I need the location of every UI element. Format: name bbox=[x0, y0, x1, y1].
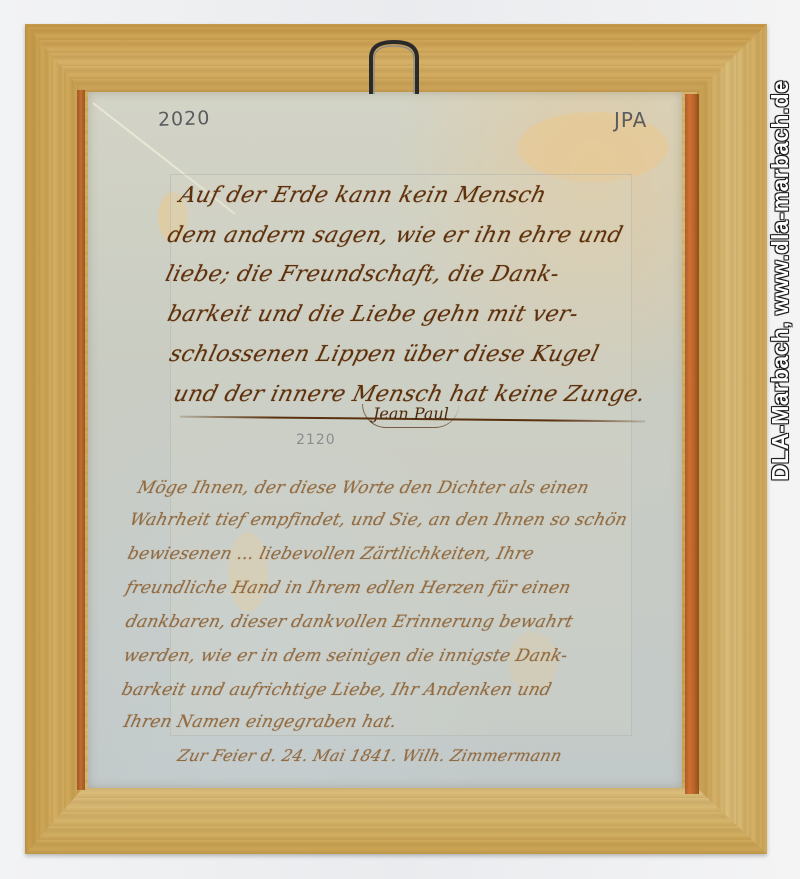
photo-stage: 2020 JPA Auf der Erde kann kein Mensch d… bbox=[0, 0, 800, 879]
quote-line: schlossenen Lippen über diese Kugel bbox=[167, 342, 602, 367]
initials-mark: JPA bbox=[614, 108, 647, 132]
dedication-line: Ihren Namen eingegraben hat. bbox=[122, 712, 399, 732]
quote-attribution: Jean Paul bbox=[362, 404, 459, 428]
watermark: DLA-Marbach, www.dla-marbach.de bbox=[765, 10, 795, 550]
dedication-line: freundliche Hand in Ihrem edlen Herzen f… bbox=[124, 578, 573, 598]
dedication-line: barkeit und aufrichtige Liebe, Ihr Anden… bbox=[120, 680, 554, 700]
quote-line: barkeit und die Liebe gehn mit ver- bbox=[165, 302, 581, 327]
hanging-loop-icon bbox=[365, 38, 423, 96]
frame-bottom-rail bbox=[25, 788, 767, 854]
frame-rebate-left bbox=[77, 90, 85, 790]
frame-right-stile bbox=[697, 24, 767, 854]
secondary-number: 2120 bbox=[296, 432, 336, 448]
dedication-line: Möge Ihnen, der diese Worte den Dichter … bbox=[136, 478, 592, 498]
frame-rebate-right bbox=[685, 94, 699, 794]
dedication-closing: Zur Feier d. 24. Mai 1841. Wilh. Zimmerm… bbox=[176, 746, 564, 765]
dedication-line: Wahrheit tief empfindet, und Sie, an den… bbox=[128, 510, 630, 530]
quote-line: dem andern sagen, wie er ihn ehre und bbox=[165, 223, 626, 248]
frame-left-stile bbox=[25, 24, 83, 854]
quote-line: Auf der Erde kann kein Mensch bbox=[177, 183, 549, 208]
quote-line: liebe; die Freundschaft, die Dank- bbox=[163, 262, 562, 287]
watermark-text: DLA-Marbach, www.dla-marbach.de bbox=[767, 80, 794, 481]
dedication-line: bewiesenen ... liebevollen Zärtlichkeite… bbox=[126, 544, 537, 564]
dedication-line: dankbaren, dieser dankvollen Erinnerung … bbox=[124, 612, 575, 632]
inventory-number: 2020 bbox=[158, 107, 211, 131]
dedication-line: werden, wie er in dem seinigen die innig… bbox=[122, 646, 570, 666]
